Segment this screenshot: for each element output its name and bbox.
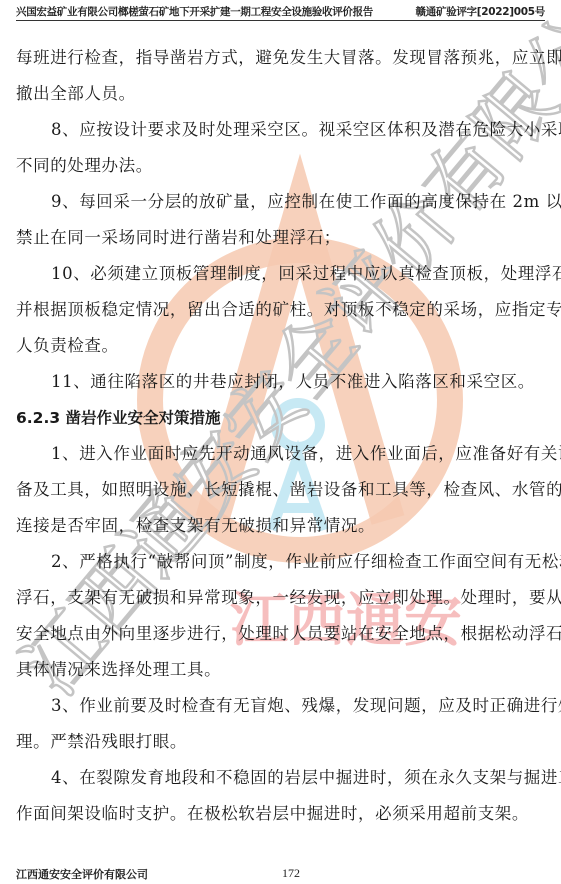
body-line: 并根据顶板稳定情况，留出合适的矿柱。对顶板不稳定的采场，应指定专 xyxy=(16,292,547,328)
paragraph-item-8: 8、应按设计要求及时处理采空区。视采空区体积及潜在危险大小采取 xyxy=(16,112,547,148)
paragraph-item-11: 11、通往陷落区的井巷应封闭，人员不准进入陷落区和采空区。 xyxy=(16,364,547,400)
body-line: 不同的处理办法。 xyxy=(16,148,547,184)
body-line: 禁止在同一采场同时进行凿岩和处理浮石； xyxy=(16,220,547,256)
body-line: 每班进行检查，指导凿岩方式，避免发生大冒落。发现冒落预兆，应立即 xyxy=(16,40,547,76)
paragraph-item-2: 2、严格执行“敲帮问顶”制度，作业前应仔细检查工作面空间有无松动 xyxy=(16,544,547,580)
page-number: 172 xyxy=(282,866,300,881)
header-title: 兴国宏益矿业有限公司榔槎萤石矿地下开采扩建一期工程安全设施验收评价报告 xyxy=(16,4,373,19)
paragraph-item-10: 10、必须建立顶板管理制度，回采过程中应认真检查顶板，处理浮石， xyxy=(16,256,547,292)
body-line: 人负责检查。 xyxy=(16,328,547,364)
header-doc-number: 赣通矿验评字[2022]005号 xyxy=(416,4,545,19)
paragraph-item-3: 3、作业前要及时检查有无盲炮、残爆，发现问题，应及时正确进行处 xyxy=(16,688,547,724)
body-line: 作面间架设临时支护。在极松软岩层中掘进时，必须采用超前支架。 xyxy=(16,796,547,832)
paragraph-item-9: 9、每回采一分层的放矿量，应控制在使工作面的高度保持在 2m 以内。 xyxy=(16,184,547,220)
paragraph-item-1: 1、进入作业面时应先开动通风设备，进入作业面后，应准备好有关设 xyxy=(16,436,547,472)
document-body: 每班进行检查，指导凿岩方式，避免发生大冒落。发现冒落预兆，应立即 撤出全部人员。… xyxy=(16,40,547,832)
body-line: 安全地点由外向里逐步进行，处理时人员要站在安全地点，根据松动浮石 xyxy=(16,616,547,652)
body-line: 具体情况来选择处理工具。 xyxy=(16,652,547,688)
body-line: 浮石，支架有无破损和异常现象，一经发现，应立即处理。处理时，要从 xyxy=(16,580,547,616)
body-line: 撤出全部人员。 xyxy=(16,76,547,112)
footer-company: 江西通安安全评价有限公司 xyxy=(16,866,148,882)
page-header: 兴国宏益矿业有限公司榔槎萤石矿地下开采扩建一期工程安全设施验收评价报告 赣通矿验… xyxy=(16,2,545,21)
body-line: 连接是否牢固，检查支架有无破损和异常情况。 xyxy=(16,508,547,544)
body-line: 备及工具，如照明设施、长短撬棍、凿岩设备和工具等，检查风、水管的 xyxy=(16,472,547,508)
paragraph-item-4: 4、在裂隙发育地段和不稳固的岩层中掘进时，须在永久支架与掘进工 xyxy=(16,760,547,796)
section-heading: 6.2.3 凿岩作业安全对策措施 xyxy=(16,400,547,436)
body-line: 理。严禁沿残眼打眼。 xyxy=(16,724,547,760)
